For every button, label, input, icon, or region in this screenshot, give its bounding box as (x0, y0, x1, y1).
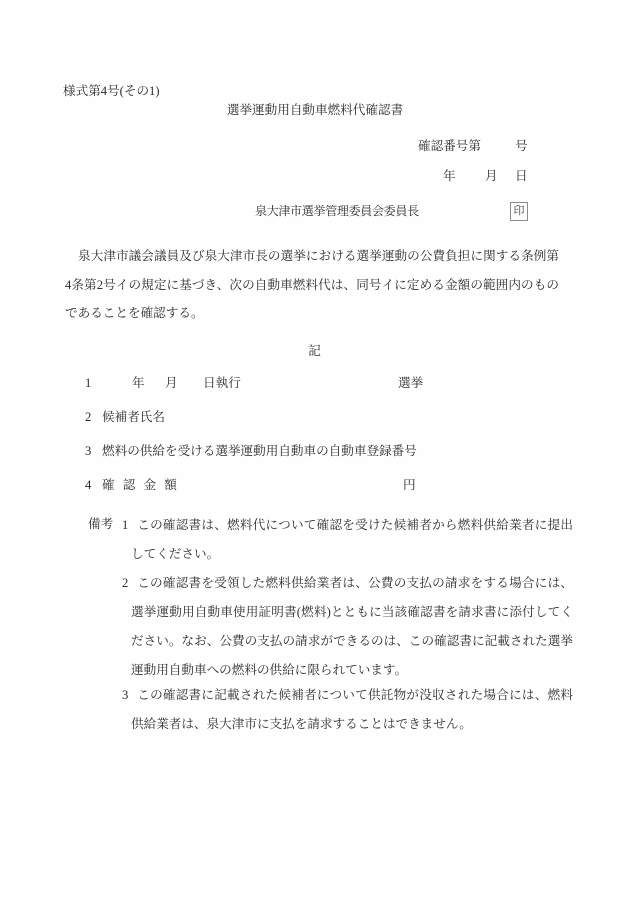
date-day-label: 日 (515, 170, 528, 183)
item-2-number: 2 (85, 411, 91, 424)
item-4-yen-unit: 円 (403, 479, 416, 492)
body-paragraph: 泉大津市議会議員及び泉大津市長の選挙における選挙運動の公費負担に関する条例第4条… (65, 242, 559, 328)
item-1-election-label: 選挙 (398, 377, 423, 390)
remark-note-3: 3この確認書に記載された候補者について供託物が没収された場合には、燃料供給業者は… (131, 681, 573, 739)
item-3-label: 燃料の供給を受ける選挙運動用自動車の自動車登録番号 (102, 445, 417, 458)
remark-note-3-number: 3 (122, 681, 137, 710)
item-3-number: 3 (85, 445, 91, 458)
item-1-number: 1 (85, 377, 91, 390)
item-2-label: 候補者氏名 (102, 411, 165, 424)
item-4-number: 4 (85, 479, 91, 492)
document-title: 選挙運動用自動車燃料代確認書 (0, 104, 630, 117)
item-1-month-label: 月 (165, 377, 178, 390)
item-1-day-executed-label: 日執行 (203, 377, 241, 390)
remark-note-2-number: 2 (122, 569, 137, 598)
confirmation-number-unit: 号 (515, 140, 528, 153)
form-number-label: 様式第4号(その1) (63, 85, 160, 98)
remark-note-3-text: この確認書に記載された候補者について供託物が没収された場合には、燃料供給業者は、… (131, 688, 573, 731)
remark-note-2: 2この確認書を受領した燃料供給業者は、公費の支払の請求をする場合には、選挙運動用… (131, 569, 573, 685)
seal-placeholder: 印 (510, 202, 528, 221)
record-heading: 記 (0, 345, 630, 358)
remark-note-1-text: この確認書は、燃料代について確認を受けた候補者から燃料供給業者に提出してください… (131, 518, 573, 561)
remark-note-1: 1この確認書は、燃料代について確認を受けた候補者から燃料供給業者に提出してくださ… (131, 511, 573, 569)
remarks-label: 備考 (88, 518, 113, 531)
item-4-label: 確 認 金 額 (102, 479, 179, 492)
seal-character: 印 (514, 205, 525, 217)
date-year-label: 年 (443, 170, 456, 183)
date-month-label: 月 (485, 170, 498, 183)
remark-note-2-text: この確認書を受領した燃料供給業者は、公費の支払の請求をする場合には、選挙運動用自… (131, 576, 573, 677)
remark-note-1-number: 1 (122, 511, 137, 540)
confirmation-number-label: 確認番号第 (418, 140, 481, 153)
item-1-year-label: 年 (132, 377, 145, 390)
document-page: 様式第4号(その1) 選挙運動用自動車燃料代確認書 確認番号第 号 年 月 日 … (0, 0, 630, 915)
issuer-title: 泉大津市選挙管理委員会委員長 (255, 205, 419, 218)
